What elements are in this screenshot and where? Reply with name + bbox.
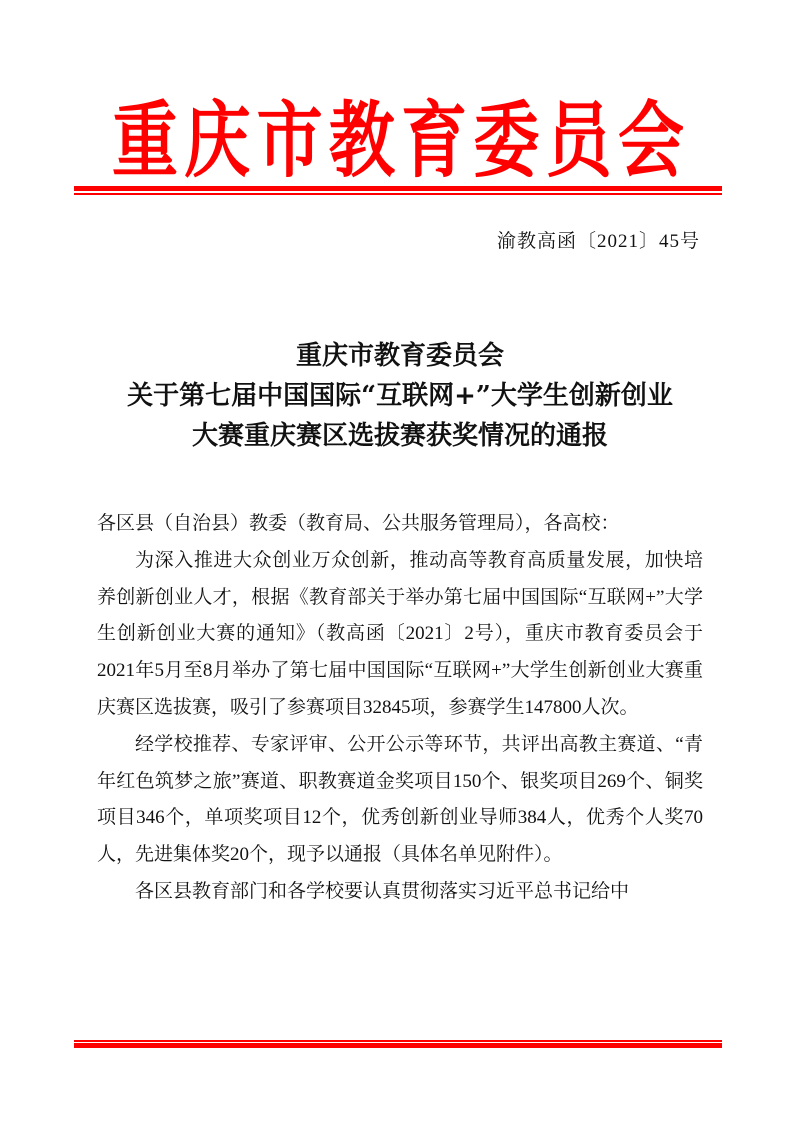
masthead: 重 庆 市 教 育 委 员 会 bbox=[74, 95, 722, 185]
paragraph: 经学校推荐、专家评审、公开公示等环节，共评出高教主赛道、“青年红色筑梦之旅”赛道… bbox=[97, 727, 703, 874]
masthead-char: 会 bbox=[618, 99, 684, 182]
footer-rule-thin bbox=[74, 1040, 722, 1042]
masthead-char: 市 bbox=[257, 99, 323, 182]
title-line: 关于第七届中国国际“互联网+”大学生创新创业 bbox=[0, 376, 800, 416]
header-rule-thin bbox=[74, 193, 722, 195]
footer-rule-thick bbox=[74, 1043, 722, 1048]
header-rule-thick bbox=[74, 186, 722, 191]
paragraph: 各区县教育部门和各学校要认真贯彻落实习近平总书记给中 bbox=[97, 874, 703, 911]
masthead-char: 庆 bbox=[184, 99, 250, 182]
document-title: 重庆市教育委员会 关于第七届中国国际“互联网+”大学生创新创业 大赛重庆赛区选拔… bbox=[0, 336, 800, 456]
title-line: 大赛重庆赛区选拔赛获奖情况的通报 bbox=[0, 416, 800, 456]
masthead-char: 重 bbox=[112, 99, 178, 182]
document-body: 各区县（自治县）教委（教育局、公共服务管理局），各高校： 为深入推进大众创业万众… bbox=[97, 506, 703, 911]
masthead-char: 员 bbox=[546, 99, 612, 182]
paragraph: 为深入推进大众创业万众创新，推动高等教育高质量发展，加快培养创新创业人才，根据《… bbox=[97, 543, 703, 727]
salutation: 各区县（自治县）教委（教育局、公共服务管理局），各高校： bbox=[97, 506, 703, 543]
masthead-char: 教 bbox=[329, 99, 395, 182]
document-number: 渝教高函〔2021〕45号 bbox=[497, 226, 700, 253]
masthead-char: 育 bbox=[401, 99, 467, 182]
title-line: 重庆市教育委员会 bbox=[0, 336, 800, 376]
masthead-char: 委 bbox=[473, 99, 539, 182]
